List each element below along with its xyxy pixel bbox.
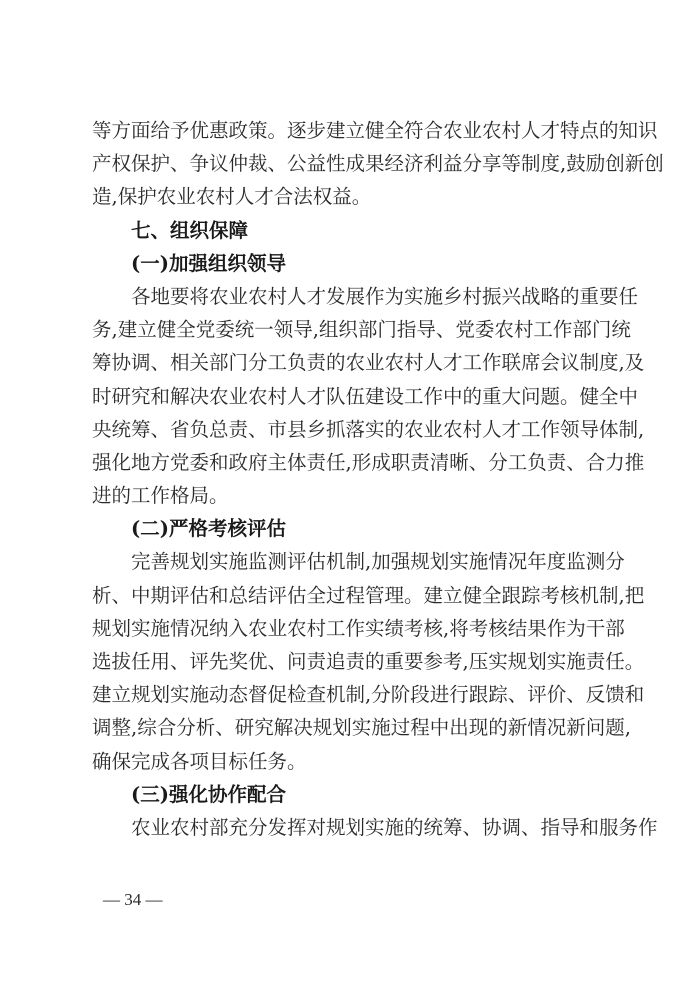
paragraph-line: 各地要将农业农村人才发展作为实施乡村振兴战略的重要任 xyxy=(92,280,608,313)
paragraph-line: 产权保护、争议仲裁、公益性成果经济利益分享等制度,鼓励创新创 xyxy=(92,147,608,180)
subsection-heading: (三)强化协作配合 xyxy=(92,778,608,811)
page-number: — 34 — xyxy=(103,890,163,910)
paragraph-line: 选拔任用、评先奖优、问责追责的重要参考,压实规划实施责任。 xyxy=(92,645,608,678)
paragraph-line: 规划实施情况纳入农业农村工作实绩考核,将考核结果作为干部 xyxy=(92,612,608,645)
paragraph-line: 农业农村部充分发挥对规划实施的统筹、协调、指导和服务作 xyxy=(92,811,608,844)
section-heading: 七、组织保障 xyxy=(92,214,608,247)
paragraph-line: 等方面给予优惠政策。逐步建立健全符合农业农村人才特点的知识 xyxy=(92,114,608,147)
paragraph-line: 确保完成各项目标任务。 xyxy=(92,745,608,778)
paragraph-line: 强化地方党委和政府主体责任,形成职责清晰、分工负责、合力推 xyxy=(92,446,608,479)
subsection-heading: (二)严格考核评估 xyxy=(92,512,608,545)
paragraph-line: 央统筹、省负总责、市县乡抓落实的农业农村人才工作领导体制, xyxy=(92,413,608,446)
subsection-heading: (一)加强组织领导 xyxy=(92,247,608,280)
paragraph-line: 调整,综合分析、研究解决规划实施过程中出现的新情况新问题, xyxy=(92,711,608,744)
paragraph-line: 务,建立健全党委统一领导,组织部门指导、党委农村工作部门统 xyxy=(92,313,608,346)
document-page: 等方面给予优惠政策。逐步建立健全符合农业农村人才特点的知识 产权保护、争议仲裁、… xyxy=(92,114,608,844)
paragraph-line: 时研究和解决农业农村人才队伍建设工作中的重大问题。健全中 xyxy=(92,380,608,413)
paragraph-line: 建立规划实施动态督促检查机制,分阶段进行跟踪、评价、反馈和 xyxy=(92,678,608,711)
paragraph-line: 进的工作格局。 xyxy=(92,479,608,512)
paragraph-line: 筹协调、相关部门分工负责的农业农村人才工作联席会议制度,及 xyxy=(92,346,608,379)
paragraph-line: 析、中期评估和总结评估全过程管理。建立健全跟踪考核机制,把 xyxy=(92,579,608,612)
paragraph-line: 完善规划实施监测评估机制,加强规划实施情况年度监测分 xyxy=(92,545,608,578)
paragraph-line: 造,保护农业农村人才合法权益。 xyxy=(92,180,608,213)
